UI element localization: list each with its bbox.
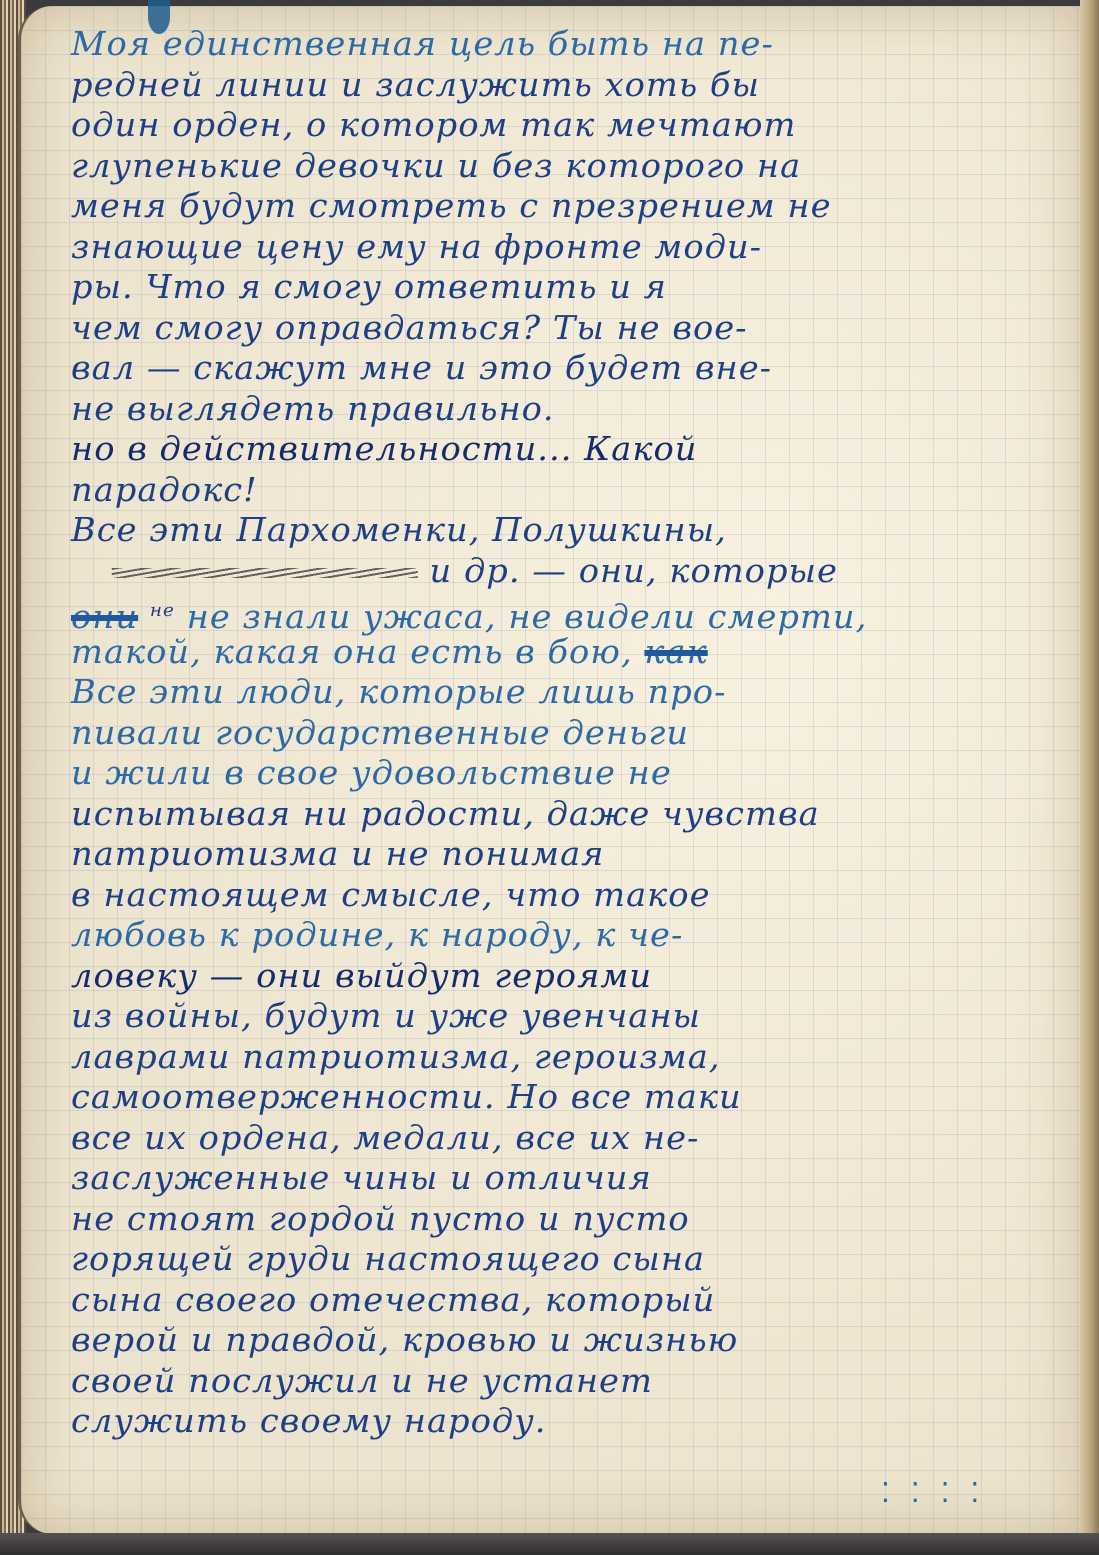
text-line: знающие цену ему на фронте моди-: [71, 227, 1073, 268]
text-line: испытывая ни радости, даже чувства: [71, 794, 1073, 835]
page-edge: [1080, 0, 1099, 1555]
text-line: Моя единственная цель быть на пе-: [71, 24, 1073, 65]
text-line: парадокс!: [71, 470, 1073, 511]
text-line: патриотизма и не понимая: [71, 834, 1073, 875]
ink-dots: ⁚ ⁚ ⁚ ⁚: [881, 1476, 985, 1509]
text-line: служить своему народу.: [71, 1401, 1073, 1442]
text-line: не выглядеть правильно.: [71, 389, 1073, 430]
text-line-with-scribble: Все эти Пархоменки, Полушкины,: [71, 510, 1073, 551]
inserted-word: не: [150, 600, 175, 621]
text-line: редней линии и заслужить хоть бы: [71, 65, 1073, 106]
text-line: и др. — они, которые: [430, 551, 838, 590]
diary-page: Моя единственная цель быть на пе- редней…: [18, 6, 1083, 1534]
text-line: любовь к родине, к народу, к че-: [71, 915, 1073, 956]
text-line: горящей груди настоящего сына: [71, 1239, 1073, 1280]
handwritten-text: Моя единственная цель быть на пе- редней…: [71, 24, 1053, 1442]
text-line: все их ордена, медали, все их не-: [71, 1118, 1073, 1159]
text-line: верой и правдой, кровью и жизнью: [71, 1320, 1073, 1361]
text-line: Все эти люди, которые лишь про-: [71, 672, 1073, 713]
text-line: один орден, о котором так мечтают: [71, 105, 1073, 146]
notebook-cover-edge: [0, 1533, 1099, 1555]
text-line: самоотверженности. Но все таки: [71, 1077, 1073, 1118]
text-line: ловеку — они выйдут героями: [71, 956, 1073, 997]
text-line: не знали ужаса, не видели смерти,: [187, 597, 868, 636]
text-line-with-strikethrough: они не не знали ужаса, не видели смерти,: [71, 591, 1073, 632]
text-line: Все эти Пархоменки, Полушкины,: [71, 510, 727, 549]
text-line: и др. — они, которые: [71, 551, 1073, 592]
ink-blot: [148, 0, 170, 34]
text-line: сына своего отечества, который: [71, 1280, 1073, 1321]
text-line: такой, какая она есть в бою,: [71, 632, 633, 671]
text-line: меня будут смотреть с презрением не: [71, 186, 1073, 227]
text-line: из войны, будут и уже увенчаны: [71, 996, 1073, 1037]
text-line: заслуженные чины и отличия: [71, 1158, 1073, 1199]
text-line-with-strikethrough: не стоят гордой пусто и пусто: [71, 1199, 1073, 1240]
text-line-with-strikethrough: такой, какая она есть в бою, как: [71, 632, 1073, 673]
struck-word: как: [644, 632, 707, 671]
text-line: в настоящем смысле, что такое: [71, 875, 1073, 916]
text-line: своей послужил и не устанет: [71, 1361, 1073, 1402]
text-line: и жили в свое удовольствие не: [71, 753, 1073, 794]
text-line: глупенькие девочки и без которого на: [71, 146, 1073, 187]
struck-word: они: [71, 597, 138, 636]
pencil-scribble: [112, 568, 418, 578]
text-line: не стоят гордой пусто и пусто: [71, 1199, 690, 1238]
text-line: но в действительности... Какой: [71, 429, 1073, 470]
text-line: ры. Что я смогу ответить и я: [71, 267, 1073, 308]
text-line: вал — скажут мне и это будет вне-: [71, 348, 1073, 389]
text-line: лаврами патриотизма, героизма,: [71, 1037, 1073, 1078]
text-line: чем смогу оправдаться? Ты не вое-: [71, 308, 1073, 349]
text-line: пивали государственные деньги: [71, 713, 1073, 754]
